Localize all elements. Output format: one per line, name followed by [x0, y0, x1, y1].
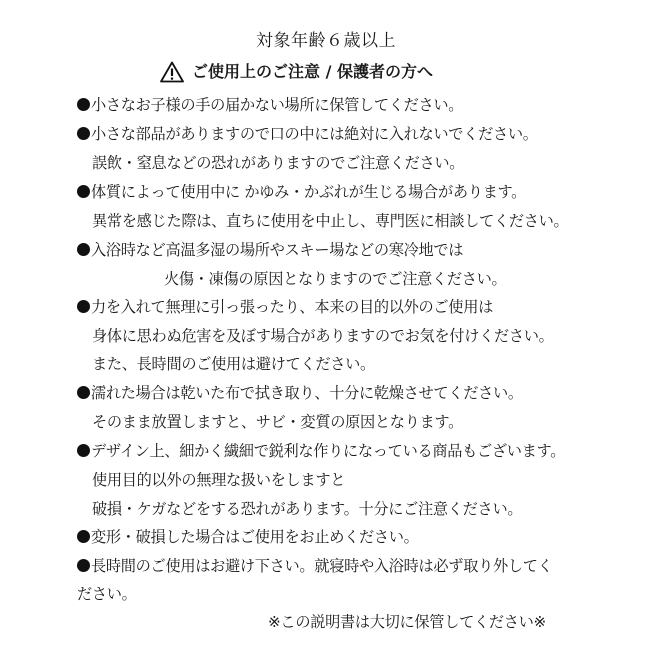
notice-line: 入浴時など高温多湿の場所やスキー場などの寒冷地では	[77, 241, 463, 259]
caution-heading-text: ご使用上のご注意 / 保護者の方へ	[192, 61, 433, 83]
caution-heading: ご使用上のご注意 / 保護者の方へ	[160, 61, 433, 83]
bullet-icon	[77, 444, 90, 457]
notice-line: 力を入れて無理に引っ張ったり、本来の目的以外のご使用は	[77, 298, 493, 316]
notice-line: 長時間のご使用はお避け下さい。就寝時や入浴時は必ず取り外してく	[77, 557, 553, 575]
notice-line: 小さなお子様の手の届かない場所に保管してください。	[77, 96, 463, 114]
notice-line: ださい。	[77, 585, 137, 603]
bullet-icon	[77, 300, 90, 313]
notice-line: 破損・ケガなどをする恐れがあります。十分にご注意ください。	[92, 500, 522, 518]
notice-line: また、長時間のご使用は避けてください。	[92, 355, 375, 373]
age-rating-title: 対象年齢６歳以上	[0, 30, 652, 52]
notice-line: そのまま放置しますと、サビ・変質の原因となります。	[92, 413, 463, 431]
notice-line: 小さな部品がありますので口の中には絶対に入れないでください。	[77, 125, 538, 143]
notice-line: 誤飲・窒息などの恐れがありますのでご注意ください。	[92, 154, 464, 172]
notice-line: 身体に思わぬ危害を及ぼす場合がありますのでお気を付けください。	[92, 327, 554, 345]
bullet-icon	[77, 559, 90, 572]
bullet-icon	[77, 127, 90, 140]
notice-line: 火傷・凍傷の原因となりますのでご注意ください。	[164, 270, 506, 288]
notice-line: 使用目的以外の無理な扱いをしますと	[92, 471, 345, 489]
bullet-icon	[77, 185, 90, 198]
bullet-icon	[77, 243, 90, 256]
warning-triangle-icon	[160, 61, 184, 83]
notice-line: デザイン上、細かく繊細で鋭利な作りになっている商品もございます。	[77, 442, 565, 460]
bullet-icon	[77, 530, 90, 543]
notice-line: 異常を感じた際は、直ちに使用を中止し、専門医に相談してください。	[92, 212, 568, 230]
bullet-icon	[77, 98, 90, 111]
notice-line: 濡れた場合は乾いた布で拭き取り、十分に乾燥させてください。	[77, 384, 523, 402]
notice-line: 体質によって使用中に かゆみ・かぶれが生じる場合があります。	[77, 183, 526, 201]
bullet-icon	[77, 386, 90, 399]
storage-footer-note: ※この説明書は大切に保管してください※	[268, 613, 546, 631]
notice-line: 変形・破損した場合はご使用をお止めください。	[77, 528, 419, 546]
